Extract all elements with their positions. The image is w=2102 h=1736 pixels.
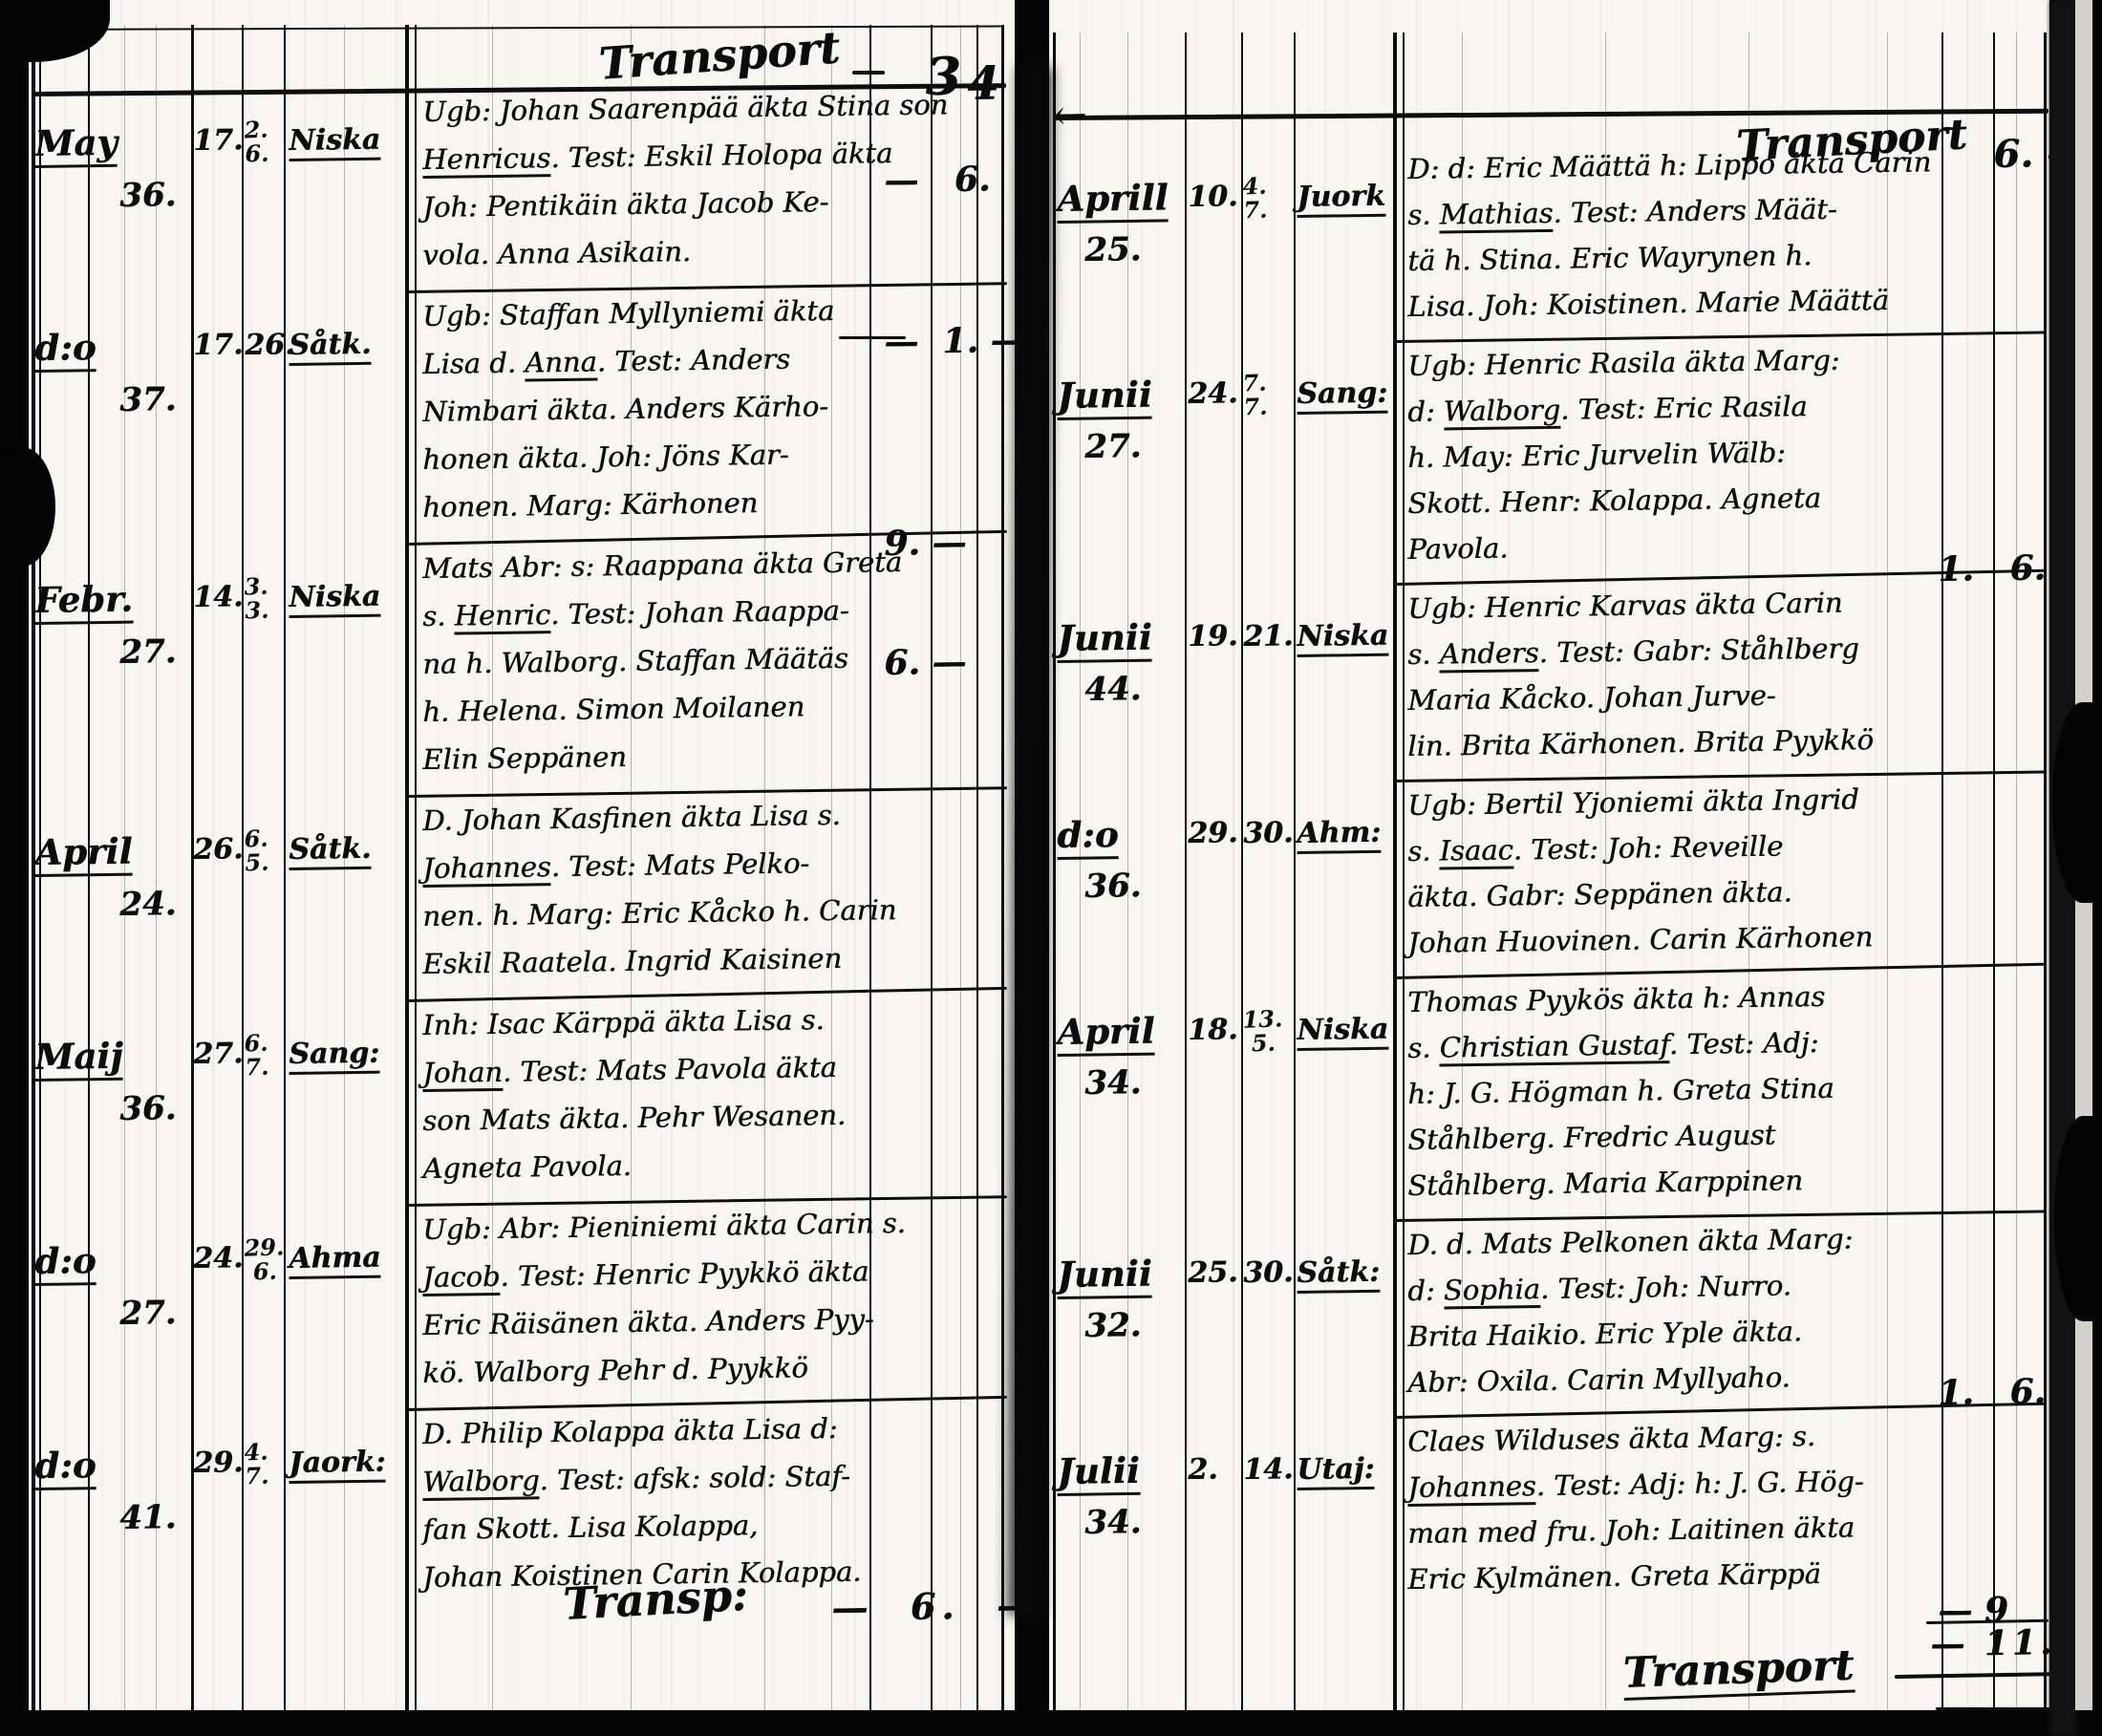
entry-christening-day: 14. xyxy=(1243,1452,1294,1487)
entry-christening-day: 26. xyxy=(245,328,295,362)
column-rule xyxy=(39,25,41,1710)
scan-streak xyxy=(156,25,157,1710)
entry-line: Ugb: Staffan Myllyniemi äkta xyxy=(422,294,834,332)
tally-value: 9. — xyxy=(884,523,967,564)
entry-village: Sang: xyxy=(289,1037,379,1071)
entry-line: Claes Wilduses äkta Marg: s. xyxy=(1407,1420,1815,1458)
entry-day: 17. xyxy=(193,123,244,158)
entry-separator xyxy=(1395,963,2045,979)
header-rule xyxy=(839,336,906,339)
column-rule xyxy=(976,25,978,1710)
entry-line: kö. Walborg Pehr d. Pyykkö xyxy=(422,1351,808,1389)
entry-month: Junii xyxy=(1057,374,1152,417)
entry-village: Såtk: xyxy=(1297,1255,1380,1290)
column-rule xyxy=(869,25,871,1710)
entry-line: d: Walborg. Test: Eric Rasila xyxy=(1407,390,1808,428)
scan-streak xyxy=(492,25,493,1710)
entry-village: Niska xyxy=(289,580,380,614)
scan-streak xyxy=(831,25,832,1710)
entry-line: s. Henric. Test: Johan Raappa- xyxy=(422,594,849,632)
entry-line: Joh: Pentikäin äkta Jacob Ke- xyxy=(422,185,828,224)
entry-line: lin. Brita Kärhonen. Brita Pyykkö xyxy=(1407,723,1874,762)
entry-line: Mats Abr: s: Raappana äkta Greta xyxy=(422,546,902,585)
entry-separator xyxy=(1395,332,2045,343)
entry-day: 26. xyxy=(193,832,244,867)
entry-day: 24. xyxy=(1188,376,1238,411)
scan-streak xyxy=(344,25,345,1710)
entry-margin-number: 24. xyxy=(119,885,177,924)
column-rule xyxy=(1001,25,1004,1710)
scan-streak xyxy=(1748,32,1749,1710)
column-rule xyxy=(415,25,417,1710)
entry-line: Abr: Oxila. Carin Myllyaho. xyxy=(1407,1361,1791,1399)
entry-line: h. May: Eric Jurvelin Wälb: xyxy=(1407,436,1786,474)
entry-line: Walborg. Test: afsk: sold: Staf- xyxy=(422,1460,850,1498)
entry-line: man med fru. Joh: Laitinen äkta xyxy=(1407,1511,1855,1550)
entry-village: Juork xyxy=(1297,180,1385,214)
right-page: ← Transport 6. — Aprill10.4.7.Juork25.D:… xyxy=(1049,0,2049,1710)
entry-day: 19. xyxy=(1188,619,1238,654)
entry-line: Agneta Pavola. xyxy=(422,1149,632,1185)
column-rule xyxy=(1053,32,1056,1710)
entry-line: Eskil Raatela. Ingrid Kaisinen xyxy=(422,942,842,980)
entry-day: 14. xyxy=(193,580,244,614)
column-rule xyxy=(1403,32,1405,1710)
entry-line: D. d. Mats Pelkonen äkta Marg: xyxy=(1407,1222,1853,1261)
entry-line: d: Sophia. Test: Joh: Nurro. xyxy=(1407,1269,1791,1307)
entry-day: 29. xyxy=(1188,816,1238,850)
column-rule xyxy=(191,25,194,1710)
entry-line: s. Isaac. Test: Joh: Reveille xyxy=(1407,830,1783,868)
scan-streak xyxy=(124,25,125,1710)
entry-line: Skott. Henr: Kolappa. Agneta xyxy=(1407,482,1821,520)
entry-christening-day: 3.3. xyxy=(244,573,269,622)
entry-margin-number: 36. xyxy=(119,176,177,215)
entry-village: Såtk. xyxy=(289,328,372,362)
entry-margin-number: 27. xyxy=(1084,427,1142,466)
entry-day: 17. xyxy=(193,328,244,362)
entry-day: 18. xyxy=(1188,1013,1238,1047)
entry-line: Thomas Pyykös äkta h: Annas xyxy=(1407,980,1825,1018)
entry-month: Junii xyxy=(1057,1253,1152,1296)
entry-line: Pavola. xyxy=(1407,532,1509,566)
header-rule xyxy=(852,71,885,75)
entry-line: s. Christian Gustaf. Test: Adj: xyxy=(1407,1026,1819,1064)
tally-value: — 6. xyxy=(884,159,991,201)
entry-margin-number: 36. xyxy=(119,1089,177,1128)
scan-streak xyxy=(1127,32,1128,1710)
entry-line: Ugb: Henric Karvas äkta Carin xyxy=(1407,587,1843,625)
column-rule xyxy=(88,25,90,1710)
entry-line: Ugb: Bertil Yjoniemi äkta Ingrid xyxy=(1407,782,1859,822)
column-rule xyxy=(1941,32,1943,1710)
entry-month: Junii xyxy=(1057,616,1152,659)
entry-line: s. Anders. Test: Gabr: Ståhlberg xyxy=(1407,632,1859,671)
left-page: Transport 3 4 May17.2.6.Niska36.Ugb: Joh… xyxy=(29,0,1015,1710)
entry-margin-number: 27. xyxy=(119,1294,177,1333)
entry-line: Nimbari äkta. Anders Kärho- xyxy=(422,390,828,428)
entry-line: Ugb: Abr: Pieniniemi äkta Carin s. xyxy=(422,1207,906,1246)
column-rule xyxy=(1185,32,1187,1710)
entry-separator xyxy=(1395,1211,2045,1222)
entry-village: Niska xyxy=(1297,618,1388,653)
entry-christening-day: 13.5. xyxy=(1242,1006,1283,1055)
entry-village: Utaj: xyxy=(1297,1452,1375,1487)
entry-village: Ahm: xyxy=(1297,816,1381,850)
entry-margin-number: 25. xyxy=(1084,230,1142,269)
entry-month: May xyxy=(34,120,118,163)
entry-village: Såtk. xyxy=(289,832,372,867)
entry-line: nen. h. Marg: Eric Kåcko h. Carin xyxy=(422,893,897,932)
entry-month: April xyxy=(1057,1010,1155,1053)
entry-christening-day: 7.7. xyxy=(1242,370,1268,418)
entry-line: Lisa d. Anna. Test: Anders xyxy=(422,343,790,380)
entry-line: Jacob. Test: Henric Pyykkö äkta xyxy=(422,1254,869,1294)
scanned-register-spread: Transport 3 4 May17.2.6.Niska36.Ugb: Joh… xyxy=(0,0,2102,1736)
left-header-transport-label: Transport xyxy=(597,21,842,89)
entry-day: 10. xyxy=(1188,180,1238,214)
entry-line: vola. Anna Asikain. xyxy=(422,235,691,271)
entry-christening-day: 30. xyxy=(1243,816,1294,850)
column-rule xyxy=(2044,32,2047,1710)
entry-margin-number: 36. xyxy=(1084,867,1142,906)
entry-separator xyxy=(407,1195,1007,1207)
entry-village: Sang: xyxy=(1297,375,1387,410)
entry-day: 29. xyxy=(193,1446,244,1480)
entry-separator xyxy=(407,282,1007,293)
entry-line: tä h. Stina. Eric Wayrynen h. xyxy=(1407,239,1812,277)
entry-christening-day: 4.7. xyxy=(244,1439,269,1488)
entry-line: Ugb: Henric Rasila äkta Marg: xyxy=(1407,344,1840,382)
entry-margin-number: 44. xyxy=(1084,670,1142,709)
entry-village: Niska xyxy=(1297,1012,1388,1046)
scan-streak xyxy=(631,25,632,1710)
column-rule xyxy=(405,25,409,1710)
right-footer-transport-label: Transport xyxy=(1622,1641,1855,1701)
scan-streak xyxy=(1462,32,1463,1710)
scan-streak xyxy=(2016,32,2017,1710)
entry-margin-number: 41. xyxy=(119,1498,177,1537)
entry-line: honen äkta. Joh: Jöns Kar- xyxy=(422,439,789,476)
entry-christening-day: 2.6. xyxy=(244,117,269,165)
entry-christening-day: 4.7. xyxy=(1242,173,1268,222)
entry-christening-day: 30. xyxy=(1243,1255,1294,1290)
entry-line: Lisa. Joh: Koistinen. Marie Määttä xyxy=(1407,284,1889,323)
entry-line: h: J. G. Högman h. Greta Stina xyxy=(1407,1072,1834,1110)
entry-margin-number: 27. xyxy=(119,632,177,672)
entry-margin-number: 32. xyxy=(1084,1306,1142,1345)
entry-month: Aprill xyxy=(1057,177,1169,221)
entry-separator xyxy=(407,1396,1007,1411)
entry-month: Maij xyxy=(34,1034,123,1077)
tally-value: 1. 6. xyxy=(1938,547,2046,589)
column-rule xyxy=(1393,32,1397,1710)
entry-margin-number: 34. xyxy=(1084,1063,1142,1103)
entry-christening-day: 6.5. xyxy=(244,825,269,874)
entry-line: äkta. Gabr: Seppänen äkta. xyxy=(1407,875,1792,913)
entry-separator xyxy=(407,786,1007,798)
header-rule xyxy=(1895,1672,2055,1679)
entry-line: Eric Kylmänen. Greta Kärppä xyxy=(1407,1557,1821,1596)
entry-line: Elin Seppänen xyxy=(422,740,627,776)
entry-line: D. Johan Kasfinen äkta Lisa s. xyxy=(422,799,841,837)
entry-day: 24. xyxy=(193,1241,244,1275)
entry-day: 25. xyxy=(1188,1255,1238,1290)
left-footer-transport-label: Transp: xyxy=(562,1569,749,1630)
entry-line: fan Skott. Lisa Kolappa, xyxy=(422,1509,758,1546)
entry-christening-day: 29.6. xyxy=(244,1234,285,1283)
entry-line: na h. Walborg. Staffan Määtäs xyxy=(422,642,848,680)
scan-streak xyxy=(960,25,961,1710)
entry-village: Jaork: xyxy=(289,1446,386,1480)
entry-margin-number: 37. xyxy=(119,380,177,419)
scan-streak xyxy=(764,25,765,1710)
scan-streak xyxy=(1605,32,1606,1710)
entry-line: son Mats äkta. Pehr Wesanen. xyxy=(422,1099,846,1137)
entry-line: Johannes. Test: Adj: h: J. G. Hög- xyxy=(1407,1465,1864,1504)
entry-month: d:o xyxy=(1057,813,1119,856)
entry-margin-number: 34. xyxy=(1084,1503,1142,1542)
entry-christening-day: 6.7. xyxy=(244,1030,269,1079)
entry-line: h. Helena. Simon Moilanen xyxy=(422,690,804,728)
entry-month: April xyxy=(34,829,133,872)
entry-line: s. Mathias. Test: Anders Määt- xyxy=(1407,193,1837,231)
entry-line: honen. Marg: Kärhonen xyxy=(422,486,758,524)
column-rule xyxy=(32,25,35,1710)
entry-christening-day: 21. xyxy=(1243,619,1294,654)
entry-day: 2. xyxy=(1188,1452,1218,1486)
scan-streak xyxy=(1080,32,1081,1710)
entry-line: Johan Huovinen. Carin Kärhonen xyxy=(1407,920,1873,959)
entry-month: Febr. xyxy=(34,577,133,620)
tally-value: 6. — xyxy=(884,642,967,683)
entry-line: D: d: Eric Määttä h: Lippo äkta Carin xyxy=(1407,145,1931,185)
column-rule xyxy=(242,25,244,1710)
column-rule xyxy=(284,25,286,1710)
column-rule xyxy=(1294,32,1296,1710)
entry-separator xyxy=(1395,771,2045,782)
entry-line: Johannes. Test: Mats Pelko- xyxy=(422,847,809,885)
entry-line: Eric Räisänen äkta. Anders Pyy- xyxy=(422,1302,874,1341)
entry-village: Niska xyxy=(289,123,380,158)
entry-separator xyxy=(407,987,1007,1002)
column-rule xyxy=(1241,32,1243,1710)
scan-streak xyxy=(1887,32,1888,1710)
column-rule xyxy=(931,25,933,1710)
entry-day: 27. xyxy=(193,1037,244,1071)
column-rule xyxy=(1993,32,1995,1710)
entry-village: Ahma xyxy=(289,1241,381,1275)
header-rule xyxy=(32,25,1001,31)
